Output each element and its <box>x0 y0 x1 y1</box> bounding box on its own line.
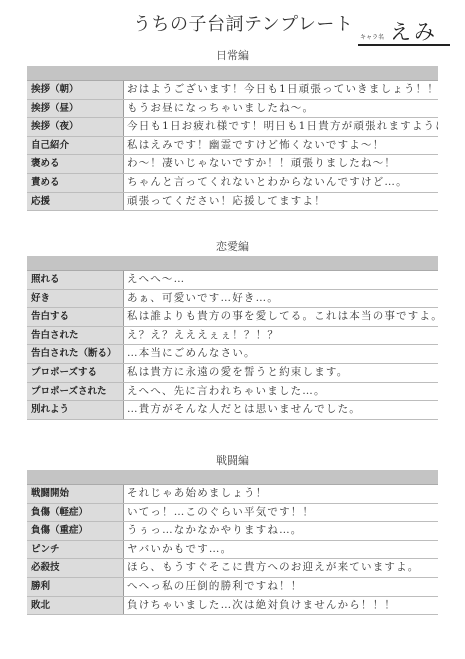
table-row: 告白されたえ？え？えええぇぇ！？！？ <box>27 327 438 346</box>
row-label: プロポーズする <box>27 364 124 382</box>
row-line[interactable]: ほら、もうすぐそこに貴方へのお迎えが来ていますよ。 <box>124 559 438 577</box>
row-label: 挨拶（朝） <box>27 81 124 99</box>
character-name-field: キャラ名 えみ <box>358 16 450 46</box>
row-line[interactable]: あぁ、可愛いです…好き…。 <box>124 290 438 308</box>
table-row: プロポーズする私は貴方に永遠の愛を誓うと約束します。 <box>27 364 438 383</box>
table-row: 挨拶（昼）もうお昼になっちゃいましたね〜。 <box>27 100 438 119</box>
row-label: 戦闘開始 <box>27 485 124 503</box>
table-row: 応援頑張ってください！応援してますよ！ <box>27 193 438 212</box>
section-title-daily: 日常編 <box>0 47 465 63</box>
table-row: 戦闘開始それじゃあ始めましょう！ <box>27 485 438 504</box>
row-line[interactable]: もうお昼になっちゃいましたね〜。 <box>124 100 438 118</box>
row-label: 責める <box>27 174 124 192</box>
section-title-battle: 戦闘編 <box>0 452 465 468</box>
table-row: 敗北負けちゃいました…次は絶対負けませんから！！！ <box>27 597 438 616</box>
table-row: 告白する私は誰よりも貴方の事を愛してる。これは本当の事ですよ。 <box>27 308 438 327</box>
row-line[interactable]: いてっ！…このぐらい平気です！！ <box>124 504 438 522</box>
table-header-bar <box>27 256 438 271</box>
table-row: 負傷（軽症）いてっ！…このぐらい平気です！！ <box>27 504 438 523</box>
row-line[interactable]: えへへ〜… <box>124 271 438 289</box>
row-label: 応援 <box>27 193 124 211</box>
row-label: 必殺技 <box>27 559 124 577</box>
row-line[interactable]: それじゃあ始めましょう！ <box>124 485 438 503</box>
row-line[interactable]: えへへ、先に言われちゃいました…。 <box>124 383 438 401</box>
row-label: 褒める <box>27 155 124 173</box>
row-line[interactable]: おはようございます！今日も1日頑張っていきましょう！！ <box>124 81 438 99</box>
row-line[interactable]: 頑張ってください！応援してますよ！ <box>124 193 438 211</box>
row-line[interactable]: 私はえみです！幽霊ですけど怖くないですよ〜！ <box>124 137 438 155</box>
row-line[interactable]: へへっ私の圧倒的勝利ですね！！ <box>124 578 438 596</box>
section-title-romance: 恋愛編 <box>0 238 465 254</box>
row-label: 告白された（断る） <box>27 345 124 363</box>
table-row: 挨拶（朝）おはようございます！今日も1日頑張っていきましょう！！ <box>27 81 438 100</box>
character-name-label: キャラ名 <box>360 32 384 41</box>
row-label: 負傷（軽症） <box>27 504 124 522</box>
table-header-bar <box>27 470 438 485</box>
battle-lines-table: 戦闘開始それじゃあ始めましょう！ 負傷（軽症）いてっ！…このぐらい平気です！！ … <box>27 470 438 615</box>
table-row: 必殺技ほら、もうすぐそこに貴方へのお迎えが来ていますよ。 <box>27 559 438 578</box>
row-label: 好き <box>27 290 124 308</box>
character-name-value: えみ <box>390 16 438 46</box>
row-label: 敗北 <box>27 597 124 615</box>
row-line[interactable]: ヤバいかもです…。 <box>124 541 438 559</box>
table-row: 自己紹介私はえみです！幽霊ですけど怖くないですよ〜！ <box>27 137 438 156</box>
table-row: 褒めるわ〜！凄いじゃないですか！！頑張りましたね〜！ <box>27 155 438 174</box>
romance-lines-table: 照れるえへへ〜… 好きあぁ、可愛いです…好き…。 告白する私は誰よりも貴方の事を… <box>27 256 438 420</box>
table-header-bar <box>27 66 438 81</box>
table-row: 照れるえへへ〜… <box>27 271 438 290</box>
row-line[interactable]: 私は貴方に永遠の愛を誓うと約束します。 <box>124 364 438 382</box>
row-label: 挨拶（夜） <box>27 118 124 136</box>
row-label: 負傷（重症） <box>27 522 124 540</box>
row-label: プロポーズされた <box>27 383 124 401</box>
row-line[interactable]: え？え？えええぇぇ！？！？ <box>124 327 438 345</box>
row-line[interactable]: 負けちゃいました…次は絶対負けませんから！！！ <box>124 597 438 615</box>
row-label: 別れよう <box>27 401 124 419</box>
row-label: 告白する <box>27 308 124 326</box>
row-line[interactable]: わ〜！凄いじゃないですか！！頑張りましたね〜！ <box>124 155 438 173</box>
row-label: 自己紹介 <box>27 137 124 155</box>
row-label: 照れる <box>27 271 124 289</box>
table-row: プロポーズされたえへへ、先に言われちゃいました…。 <box>27 383 438 402</box>
row-line[interactable]: ちゃんと言ってくれないとわからないんですけど…。 <box>124 174 438 192</box>
row-label: 告白された <box>27 327 124 345</box>
row-line[interactable]: うぅっ…なかなかやりますね…。 <box>124 522 438 540</box>
table-row: 別れよう…貴方がそんな人だとは思いませんでした。 <box>27 401 438 420</box>
table-row: 好きあぁ、可愛いです…好き…。 <box>27 290 438 309</box>
row-line[interactable]: 私は誰よりも貴方の事を愛してる。これは本当の事ですよ。 <box>124 308 438 326</box>
row-label: 勝利 <box>27 578 124 596</box>
table-row: 負傷（重症）うぅっ…なかなかやりますね…。 <box>27 522 438 541</box>
row-label: 挨拶（昼） <box>27 100 124 118</box>
table-row: ピンチヤバいかもです…。 <box>27 541 438 560</box>
daily-lines-table: 挨拶（朝）おはようございます！今日も1日頑張っていきましょう！！ 挨拶（昼）もう… <box>27 66 438 211</box>
table-row: 勝利へへっ私の圧倒的勝利ですね！！ <box>27 578 438 597</box>
table-row: 責めるちゃんと言ってくれないとわからないんですけど…。 <box>27 174 438 193</box>
page-title: うちの子台詞テンプレート <box>133 10 353 36</box>
row-line[interactable]: …貴方がそんな人だとは思いませんでした。 <box>124 401 438 419</box>
row-line[interactable]: 今日も1日お疲れ様です！明日も1日貴方が頑張れますように！ <box>124 118 438 136</box>
table-row: 告白された（断る）…本当にごめんなさい。 <box>27 345 438 364</box>
row-line[interactable]: …本当にごめんなさい。 <box>124 345 438 363</box>
table-row: 挨拶（夜）今日も1日お疲れ様です！明日も1日貴方が頑張れますように！ <box>27 118 438 137</box>
row-label: ピンチ <box>27 541 124 559</box>
